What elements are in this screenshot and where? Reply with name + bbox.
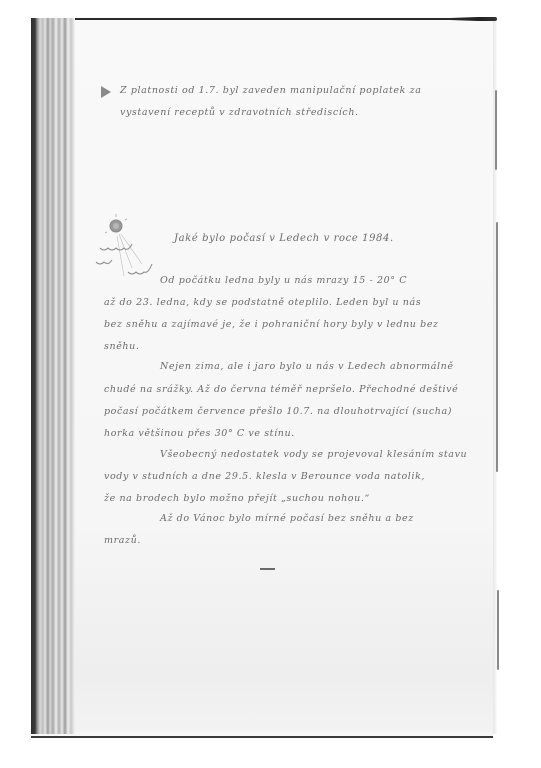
top-corner-shadow [450, 17, 497, 21]
section-heading: Jaké bylo počasí v Ledech v roce 1984. [174, 234, 394, 244]
scanned-page: Z platnosti od 1.7. byl zaveden manipula… [0, 0, 541, 768]
text-line: Nejen zima, ale i jaro bylo u nás v Lede… [160, 362, 454, 372]
margin-line [495, 90, 497, 170]
section-separator [260, 568, 275, 570]
page-surface [75, 20, 493, 732]
text-line: chudé na srážky. Až do června téměř nepr… [104, 385, 458, 395]
text-line: horka většinou přes 30° C ve stínu. [104, 429, 295, 439]
text-line: Od počátku ledna byly u nás mrazy 15 - 2… [160, 276, 407, 286]
sun-and-clouds-icon [92, 204, 162, 280]
text-line: až do 23. ledna, kdy se podstatně otepli… [104, 298, 421, 308]
margin-line [497, 590, 499, 670]
text-line: bez sněhu a zajímavé je, že i pohraniční… [104, 320, 439, 330]
note-line: Z platnosti od 1.7. byl zaveden manipula… [120, 86, 421, 96]
book-spine-page-edges [31, 18, 75, 734]
text-line: Až do Vánoc bylo mírné počasí bez sněhu … [160, 514, 414, 524]
text-line: vody v studních a dne 29.5. klesla v Ber… [104, 472, 425, 482]
text-line: že na brodech bylo možno přejít „suchou … [104, 494, 370, 504]
text-line: Všeobecný nedostatek vody se projevoval … [160, 450, 467, 460]
text-line: mrazů. [104, 536, 141, 546]
text-line: počasí počátkem července přešlo 10.7. na… [104, 407, 452, 417]
note-line: vystavení receptů v zdravotních středisc… [120, 108, 359, 118]
triangle-bullet-icon [101, 86, 111, 98]
text-line: sněhu. [104, 342, 139, 352]
margin-line [496, 222, 498, 472]
